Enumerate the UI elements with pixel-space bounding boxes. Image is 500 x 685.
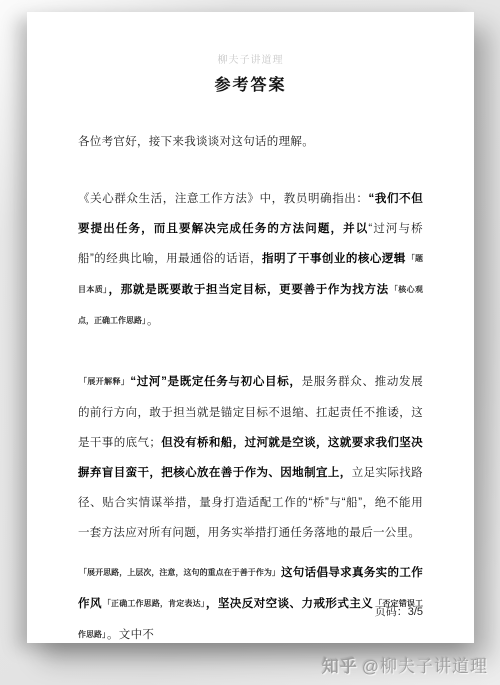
text-segment-normal: 。	[147, 315, 159, 327]
page-title: 参考答案	[78, 74, 423, 98]
paragraph-quote-analysis: 《关心群众生活，注意工作方法》中，教员明确指出：“我们不但要提出任务，而且要解决…	[78, 184, 423, 337]
paragraph-greeting: 各位考官好，接下来我谈谈对这句话的理解。	[78, 127, 423, 157]
text-segment-normal: 各位考官好，接下来我谈谈对这句话的理解。	[78, 136, 314, 148]
paragraph-explanation: 「展开解释」“过河”是既定任务与初心目标，是服务群众、推动发展的前行方向，敢于担…	[78, 367, 423, 548]
text-segment-bold: “过河”是既定任务与初心目标，	[130, 376, 301, 388]
page-number: 页码：3/5	[375, 603, 423, 619]
document-page: 柳夫子讲道理 参考答案 各位考官好，接下来我谈谈对这句话的理解。 《关心群众生活…	[27, 12, 474, 643]
screenshot-canvas: 柳夫子讲道理 参考答案 各位考官好，接下来我谈谈对这句话的理解。 《关心群众生活…	[0, 0, 500, 685]
zhihu-logo: 知乎	[322, 657, 358, 676]
text-segment-bold: 指明了干事创业的核心逻辑	[262, 253, 406, 265]
paragraph-conclusion: 「展开思路，上层次，注意，这句的重点在于善于作为」这句话倡导求真务实的工作作风「…	[78, 558, 423, 651]
text-segment-bold: ，那就是既要敢于担当定目标，更要善于作为找方法	[109, 284, 389, 296]
text-segment-bold: ，坚决反对空谈、力戒形式主义	[206, 598, 373, 610]
text-segment-normal: 。文中不	[107, 629, 154, 641]
zhihu-handle: @柳夫子讲道理	[362, 657, 488, 676]
text-segment-normal: 《关心群众生活，注意工作方法》中，教员明确指出：	[78, 193, 369, 205]
text-segment-note: 「展开解释」	[78, 377, 130, 386]
document-body: 各位考官好，接下来我谈谈对这句话的理解。 《关心群众生活，注意工作方法》中，教员…	[78, 127, 423, 651]
text-segment-note: 「正确工作思路，肯定表达」	[102, 599, 206, 608]
brand-watermark: 柳夫子讲道理	[78, 55, 423, 67]
text-segment-note: 「展开思路，上层次，注意，这句的重点在于善于作为」	[78, 568, 281, 577]
zhihu-watermark: 知乎@柳夫子讲道理	[322, 652, 488, 677]
